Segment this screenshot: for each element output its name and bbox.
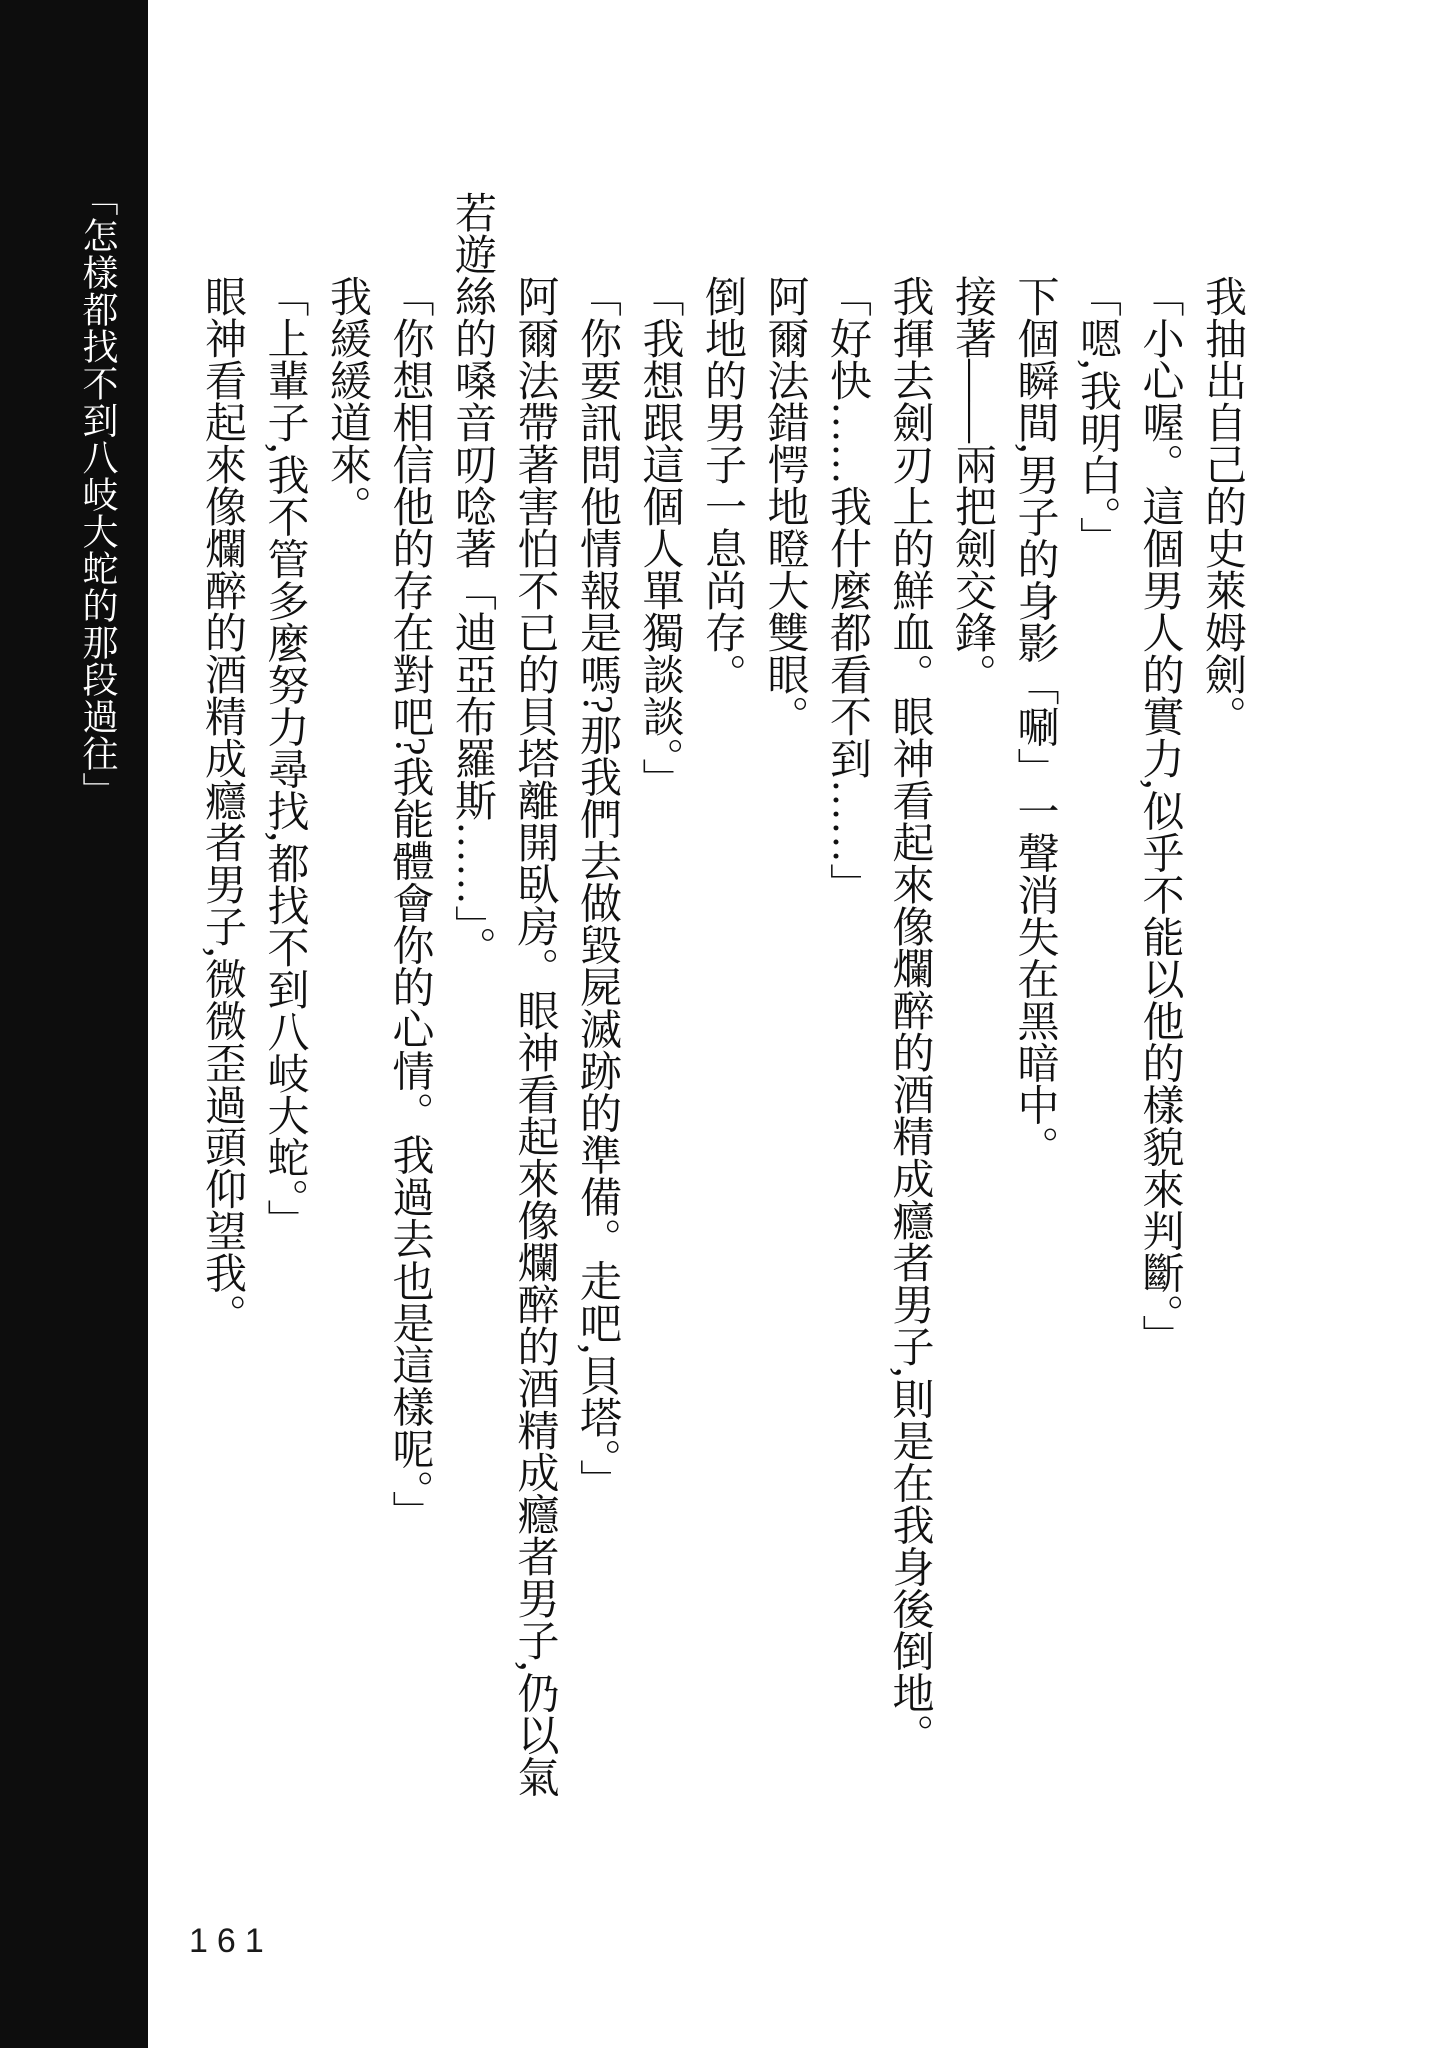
text-column: 「小心喔。這個男人的實力,似乎不能以他的樣貌來判斷。」	[1128, 191, 1191, 1851]
text-column: 阿爾法帶著害怕不已的貝塔離開臥房。眼神看起來像爛醉的酒精成癮者男子,仍以氣	[503, 191, 566, 1851]
chapter-side-quote: 「怎樣都找不到八岐大蛇的那段過往」	[76, 180, 120, 809]
text-column: 「嗯,我明白。」	[1066, 191, 1129, 1851]
text-column: 我揮去劍刃上的鮮血。眼神看起來像爛醉的酒精成癮者男子,則是在我身後倒地。	[878, 191, 941, 1851]
text-column: 倒地的男子一息尚存。	[691, 191, 754, 1851]
text-column: 我緩緩道來。	[316, 191, 379, 1851]
text-column: 眼神看起來像爛醉的酒精成癮者男子,微微歪過頭仰望我。	[191, 191, 254, 1851]
text-column: 「你要訊問他情報是嗎?那我們去做毀屍滅跡的準備。走吧,貝塔。」	[566, 191, 629, 1851]
main-text-block: 我抽出自己的史萊姆劍。 「小心喔。這個男人的實力,似乎不能以他的樣貌來判斷。」 …	[191, 191, 1254, 1851]
text-column: 「你想相信他的存在對吧?我能體會你的心情。我過去也是這樣呢。」	[378, 191, 441, 1851]
chapter-side-band: 「怎樣都找不到八岐大蛇的那段過往」	[0, 0, 148, 2048]
text-column: 下個瞬間,男子的身影「唰」一聲消失在黑暗中。	[1003, 191, 1066, 1851]
book-page: 「怎樣都找不到八岐大蛇的那段過往」 我抽出自己的史萊姆劍。 「小心喔。這個男人的…	[0, 0, 1445, 2048]
text-column: 我抽出自己的史萊姆劍。	[1191, 191, 1254, 1851]
text-column: 「上輩子,我不管多麼努力尋找,都找不到八岐大蛇。」	[253, 191, 316, 1851]
text-column: 「我想跟這個人單獨談談。」	[628, 191, 691, 1851]
text-column: 若遊絲的嗓音叨唸著「迪亞布羅斯……」。	[441, 191, 504, 1851]
page-number: 161	[189, 1922, 273, 1961]
text-column: 阿爾法錯愕地瞪大雙眼。	[753, 191, 816, 1851]
text-column: 接著——兩把劍交鋒。	[941, 191, 1004, 1851]
text-column: 「好快……我什麼都看不到……」	[816, 191, 879, 1851]
